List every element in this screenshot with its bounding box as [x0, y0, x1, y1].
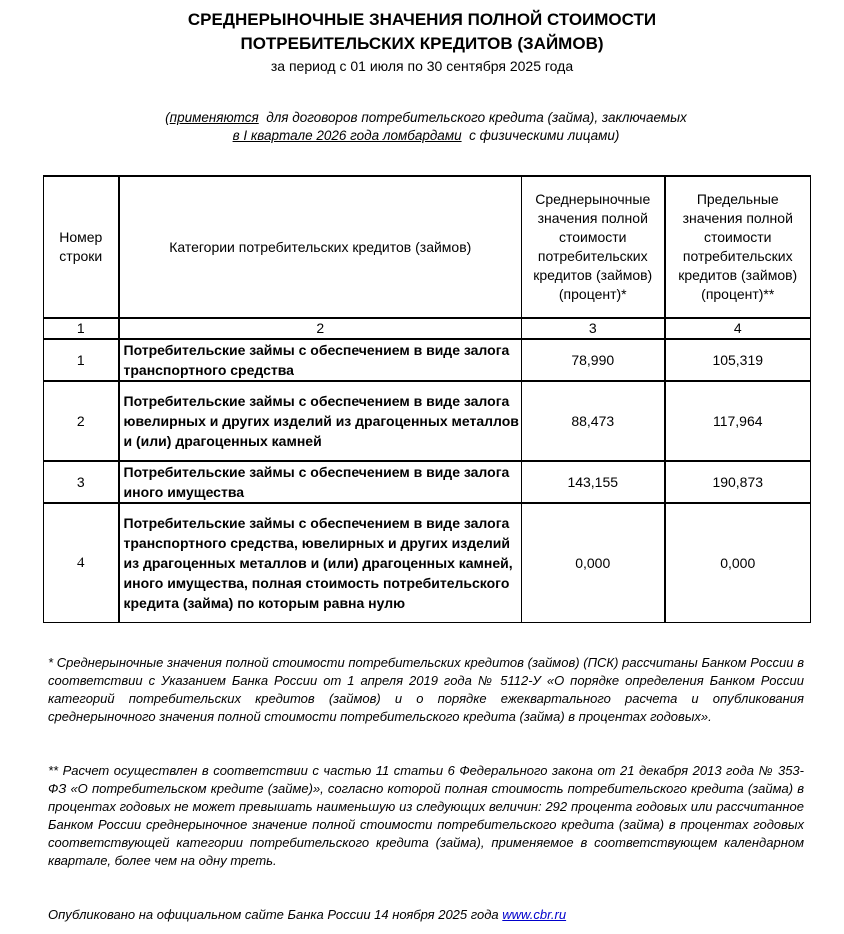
- row-number: 1: [44, 339, 119, 381]
- applicability-text-2: с физическими лицами): [462, 128, 620, 143]
- applicability-period: в I квартале 2026 года ломбардами: [233, 128, 462, 143]
- header-limit-value: Предельные значения полной стоимости пот…: [665, 176, 811, 318]
- footnote-limit: ** Расчет осуществлен в соответствии с ч…: [48, 762, 804, 870]
- row-average-value: 88,473: [522, 381, 665, 461]
- row-category: Потребительские займы с обеспечением в в…: [119, 461, 522, 503]
- column-numbers-row: 1 2 3 4: [44, 318, 811, 339]
- publication-note: Опубликовано на официальном сайте Банка …: [48, 906, 566, 924]
- row-category: Потребительские займы с обеспечением в в…: [119, 339, 522, 381]
- footnote-average: * Среднерыночные значения полной стоимос…: [48, 654, 804, 726]
- title-line-1: СРЕДНЕРЫНОЧНЫЕ ЗНАЧЕНИЯ ПОЛНОЙ СТОИМОСТИ: [0, 8, 844, 32]
- header-category: Категории потребительских кредитов (займ…: [119, 176, 522, 318]
- row-number: 4: [44, 503, 119, 623]
- header-row-number: Номер строки: [44, 176, 119, 318]
- applicability-text-1: для договоров потребительского кредита (…: [259, 110, 687, 125]
- cbr-website-link[interactable]: www.cbr.ru: [502, 907, 566, 922]
- row-limit-value: 190,873: [665, 461, 811, 503]
- row-number: 2: [44, 381, 119, 461]
- applicability-note: (применяются для договоров потребительск…: [0, 109, 844, 145]
- applicability-line-2: в I квартале 2026 года ломбардами с физи…: [0, 127, 844, 145]
- table-row: 2 Потребительские займы с обеспечением в…: [44, 381, 811, 461]
- table-row: 1 Потребительские займы с обеспечением в…: [44, 339, 811, 381]
- row-average-value: 0,000: [522, 503, 665, 623]
- table-header-row: Номер строки Категории потребительских к…: [44, 176, 811, 318]
- row-limit-value: 0,000: [665, 503, 811, 623]
- table-row: 4 Потребительские займы с обеспечением в…: [44, 503, 811, 623]
- column-number: 4: [665, 318, 811, 339]
- row-category: Потребительские займы с обеспечением в в…: [119, 381, 522, 461]
- row-number: 3: [44, 461, 119, 503]
- title-line-2: ПОТРЕБИТЕЛЬСКИХ КРЕДИТОВ (ЗАЙМОВ): [0, 32, 844, 56]
- column-number: 1: [44, 318, 119, 339]
- psk-table: Номер строки Категории потребительских к…: [43, 175, 811, 623]
- row-average-value: 78,990: [522, 339, 665, 381]
- header-average-value: Среднерыночные значения полной стоимости…: [522, 176, 665, 318]
- applies-word: применяются: [170, 110, 259, 125]
- column-number: 3: [522, 318, 665, 339]
- period-subtitle: за период с 01 июля по 30 сентября 2025 …: [0, 57, 844, 75]
- row-average-value: 143,155: [522, 461, 665, 503]
- row-limit-value: 117,964: [665, 381, 811, 461]
- table-row: 3 Потребительские займы с обеспечением в…: [44, 461, 811, 503]
- column-number: 2: [119, 318, 522, 339]
- publication-text: Опубликовано на официальном сайте Банка …: [48, 907, 502, 922]
- row-category: Потребительские займы с обеспечением в в…: [119, 503, 522, 623]
- row-limit-value: 105,319: [665, 339, 811, 381]
- document-title: СРЕДНЕРЫНОЧНЫЕ ЗНАЧЕНИЯ ПОЛНОЙ СТОИМОСТИ…: [0, 8, 844, 56]
- applicability-line-1: (применяются для договоров потребительск…: [0, 109, 844, 127]
